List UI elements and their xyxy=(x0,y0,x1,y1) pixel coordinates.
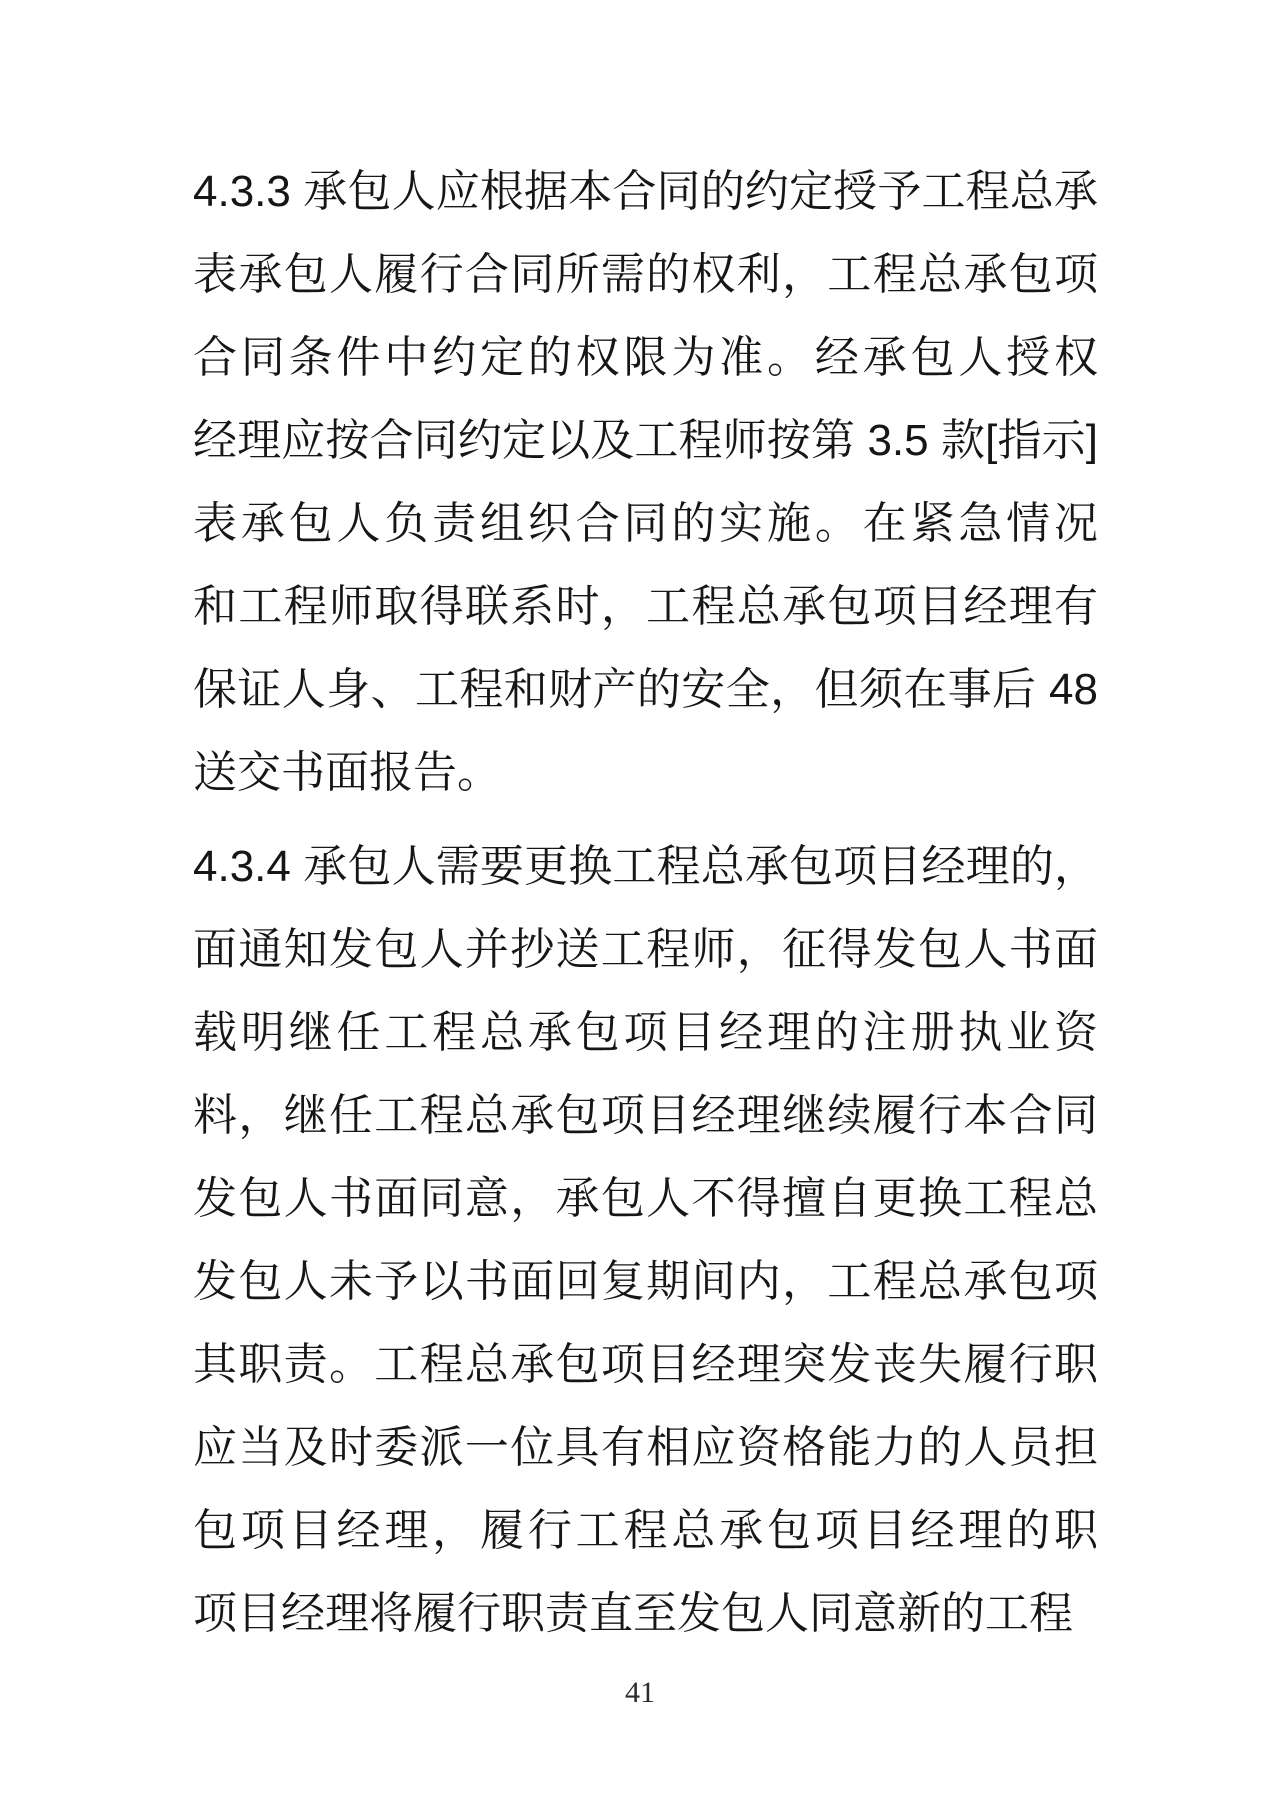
text-line: 送交书面报告。 xyxy=(193,731,1098,814)
text-line: 其职责。工程总承包项目经理突发丧失履行职务能力的，承包人 xyxy=(193,1323,1098,1406)
document-body: 4.3.3 承包人应根据本合同的约定授予工程总承包项目经理代 表承包人履行合同所… xyxy=(193,150,1098,1655)
text-line: 料，继任工程总承包项目经理继续履行本合同约定的职责。未经 xyxy=(193,1074,1098,1157)
text-line: 合同条件中约定的权限为准。经承包人授权后，工程总承包项目 xyxy=(193,316,1098,399)
text-line: 项目经理将履行职责直至发包人同意新的工程总承包项目经理 xyxy=(193,1572,1098,1655)
text-line: 发包人书面同意，承包人不得擅自更换工程总承包项目经理，在 xyxy=(193,1157,1098,1240)
text-line: 保证人身、工程和财产的安全，但须在事后 48 小时内向工程师 xyxy=(193,648,1098,731)
text-line: 应当及时委派一位具有相应资格能力的人员担任临时工程总承 xyxy=(193,1406,1098,1489)
text-line: 发包人未予以书面回复期间内，工程总承包项目经理将继续履行 xyxy=(193,1240,1098,1323)
text-line: 经理应按合同约定以及工程师按第 3.5 款[指示]作出的指示，代 xyxy=(193,399,1098,482)
text-line: 表承包人履行合同所需的权利，工程总承包项目经理权限以专用 xyxy=(193,233,1098,316)
text-line: 载明继任工程总承包项目经理的注册执业资格、管理经验等资 xyxy=(193,991,1098,1074)
text-line: 和工程师取得联系时，工程总承包项目经理有权采取必要的措施 xyxy=(193,565,1098,648)
text-line: 表承包人负责组织合同的实施。在紧急情况下，且无法与发包人 xyxy=(193,482,1098,565)
text-line: 4.3.4 承包人需要更换工程总承包项目经理的，应提前 14 天书 xyxy=(193,825,1098,908)
text-line: 4.3.3 承包人应根据本合同的约定授予工程总承包项目经理代 xyxy=(193,150,1098,233)
text-line: 面通知发包人并抄送工程师，征得发包人书面同意。通知中应当 xyxy=(193,908,1098,991)
text-line: 包项目经理，履行工程总承包项目经理的职责，临时工程总承包 xyxy=(193,1489,1098,1572)
page-number: 41 xyxy=(0,1678,1280,1708)
paragraph-4-3-3: 4.3.3 承包人应根据本合同的约定授予工程总承包项目经理代 表承包人履行合同所… xyxy=(193,150,1098,814)
paragraph-4-3-4: 4.3.4 承包人需要更换工程总承包项目经理的，应提前 14 天书 面通知发包人… xyxy=(193,825,1098,1655)
document-page: 4.3.3 承包人应根据本合同的约定授予工程总承包项目经理代 表承包人履行合同所… xyxy=(0,0,1280,1810)
